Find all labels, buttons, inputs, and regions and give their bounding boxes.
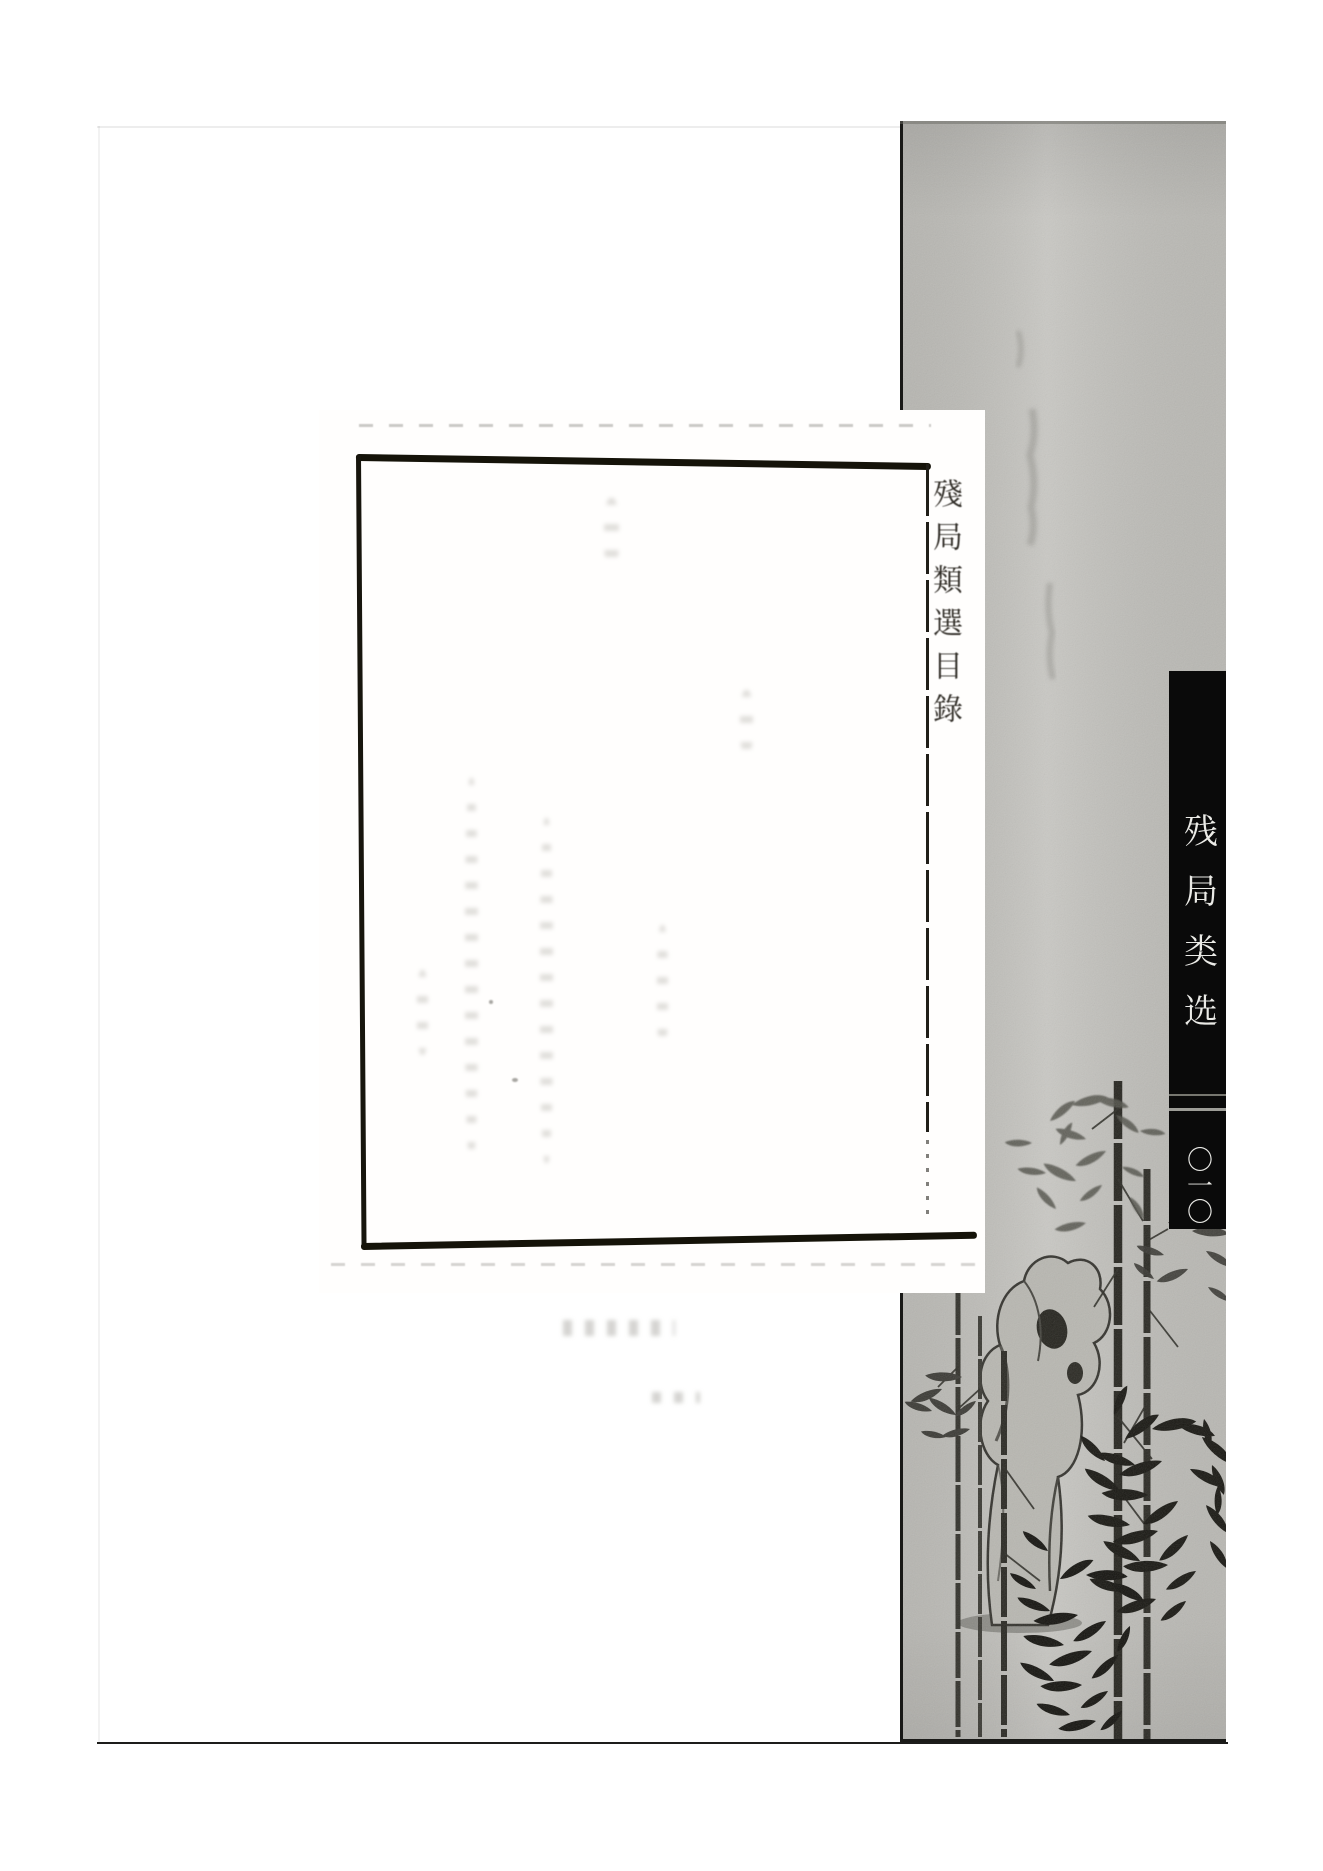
spine-separator-line bbox=[1169, 1094, 1226, 1096]
frame-border-right-dots bbox=[926, 1140, 929, 1218]
ghost-text-column bbox=[604, 498, 619, 570]
ghost-text-column bbox=[657, 925, 668, 1055]
ghost-speck bbox=[512, 1078, 518, 1082]
ghost-dashes-bottom bbox=[331, 1263, 981, 1266]
frame-border-top bbox=[356, 454, 931, 470]
spine-title: 残局类选 bbox=[1181, 813, 1215, 1053]
spine-band: 残局类选 〇一〇 bbox=[1169, 671, 1226, 1229]
ghost-text-column bbox=[540, 818, 553, 1163]
margin-title: 殘局類選目錄 bbox=[929, 478, 959, 736]
ghost-smudge bbox=[563, 1320, 675, 1336]
spine-separator-line bbox=[1169, 1108, 1226, 1111]
frame-border-bottom bbox=[361, 1232, 977, 1250]
ghost-speck bbox=[489, 1000, 493, 1004]
scanned-sheet: 殘局類選目錄 bbox=[319, 410, 985, 1293]
folio-number: 〇一〇 bbox=[1185, 1146, 1211, 1224]
frame-border-left bbox=[356, 455, 367, 1247]
scan-edge-bottom bbox=[97, 1742, 1228, 1744]
scan-edge-left bbox=[98, 126, 100, 1743]
ghost-text-column bbox=[417, 970, 428, 1055]
ghost-smudge bbox=[652, 1392, 700, 1403]
ghost-text-column bbox=[740, 690, 753, 756]
scanned-book-page: 残局类选 〇一〇 殘局類選目錄 bbox=[0, 0, 1323, 1871]
ghost-dashes-top bbox=[359, 424, 931, 427]
ghost-text-column bbox=[465, 778, 478, 1163]
